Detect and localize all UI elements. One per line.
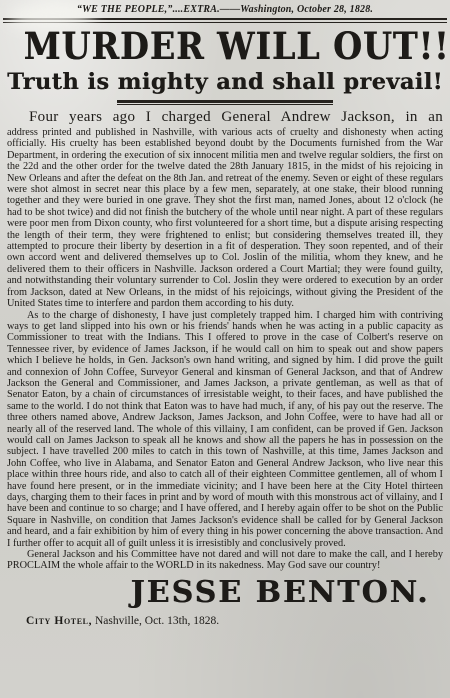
- page-title-text: MURDER WILL OUT!!: [24, 26, 450, 66]
- masthead-line: “WE THE PEOPLE,”....EXTRA.——Washington, …: [0, 0, 450, 16]
- page-title: MURDER WILL OUT!!: [0, 26, 450, 68]
- dateline: City Hotel, Nashville, Oct. 13th, 1828.: [26, 614, 450, 628]
- body-text: Four years ago I charged General Andrew …: [7, 109, 443, 572]
- signature: JESSE BENTON.: [118, 576, 442, 610]
- paragraph-3: General Jackson and his Committee have n…: [7, 549, 443, 572]
- dateline-date: Nashville, Oct. 13th, 1828.: [92, 615, 219, 627]
- subtitle: Truth is mighty and shall prevail!: [0, 69, 450, 95]
- broadside-page: “WE THE PEOPLE,”....EXTRA.——Washington, …: [0, 0, 450, 698]
- divider-bar: [117, 100, 333, 105]
- paragraph-1: address printed and published in Nashvil…: [7, 127, 443, 310]
- paragraph-2: As to the charge of dishonesty, I have j…: [7, 310, 443, 550]
- lead-line: Four years ago I charged General Andrew …: [7, 109, 443, 126]
- dateline-place: City Hotel,: [26, 615, 92, 627]
